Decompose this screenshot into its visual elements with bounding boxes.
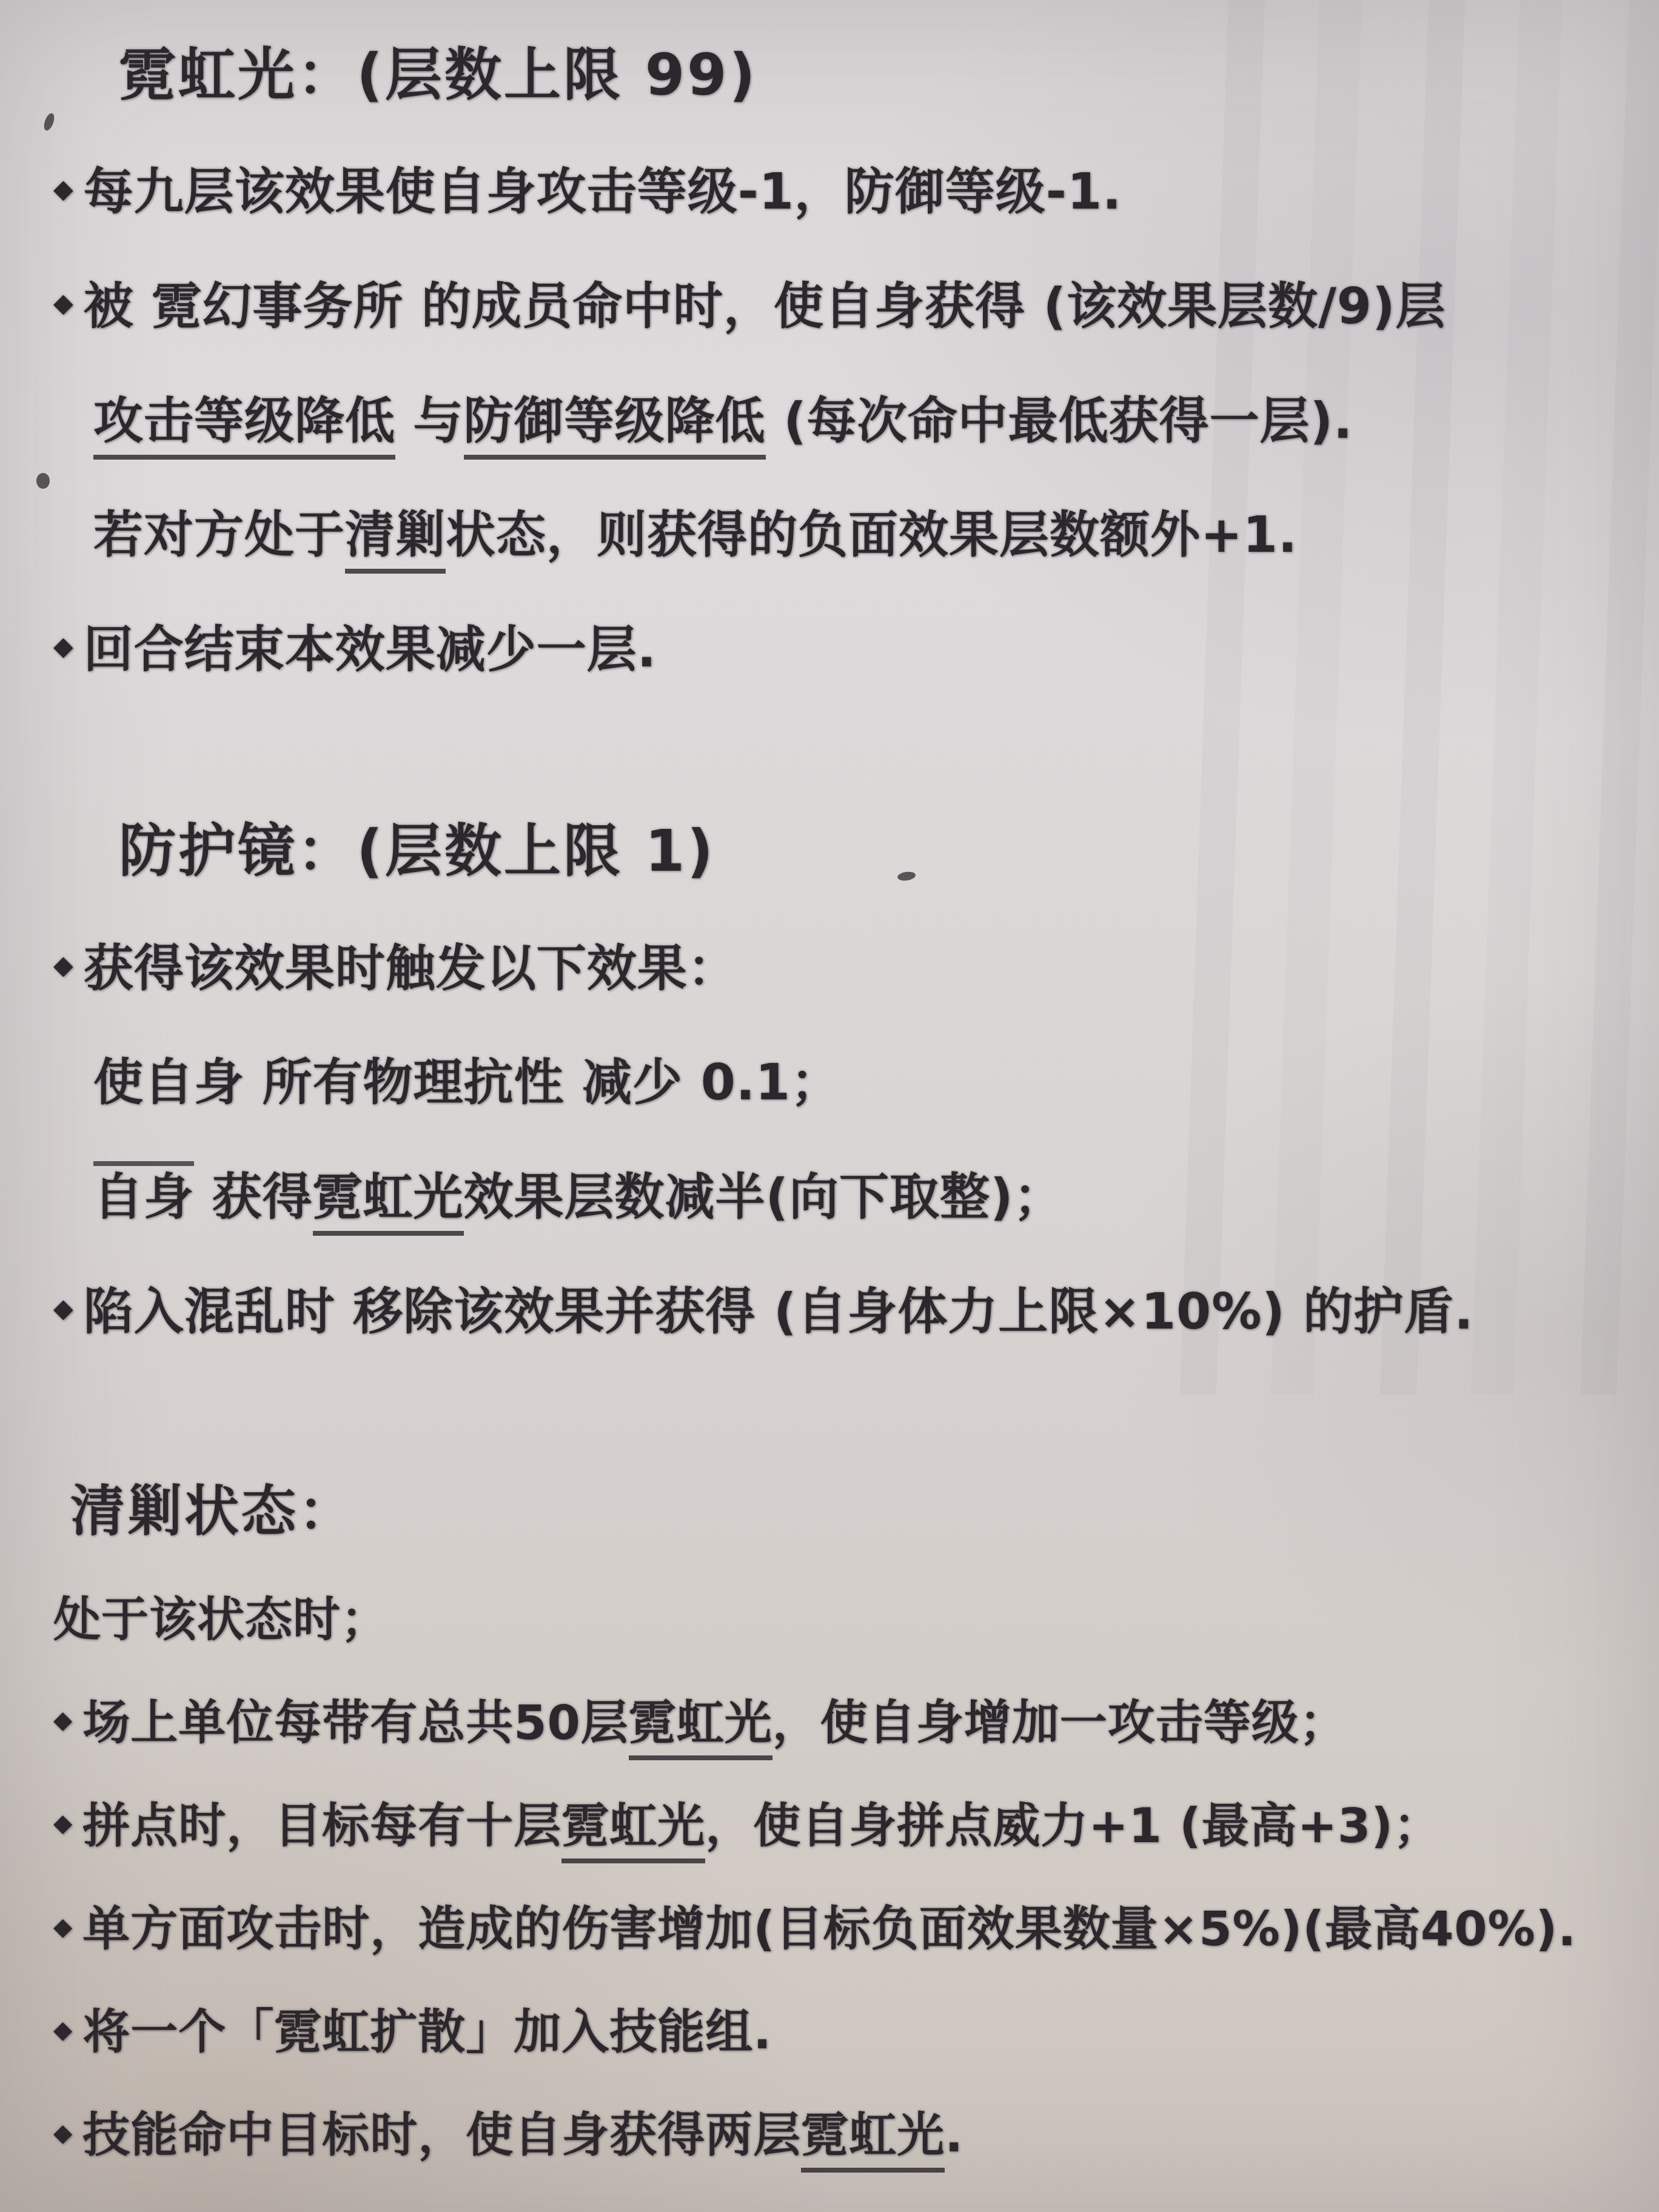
text-segment: 回合结束本效果减少一层. bbox=[84, 621, 657, 679]
text-line: ◆单方面攻击时，造成的伤害增加(目标负面效果数量×5%)(最高40%). bbox=[53, 1878, 1643, 1981]
text-line: 若对方处于清剿状态，则获得的负面效果层数额外+1. bbox=[53, 478, 1643, 593]
ink-speck bbox=[36, 473, 50, 489]
bullet-diamond-icon: ◆ bbox=[53, 1279, 74, 1338]
text-line: ◆回合结束本效果减少一层. bbox=[53, 593, 1643, 708]
text-segment: ，使自身拼点威力+1 (最高+3)； bbox=[705, 1799, 1441, 1854]
text-segment: 将一个「霓虹扩散」加入技能组. bbox=[82, 2005, 772, 2060]
text-line: 攻击等级降低 与防御等级降低 (每次命中最低获得一层). bbox=[53, 364, 1643, 479]
underlined-term: 霓虹光 bbox=[629, 1696, 773, 1760]
text-segment: . bbox=[945, 2108, 964, 2163]
section-heading: 清剿状态： bbox=[53, 1454, 1643, 1569]
bullet-diamond-icon: ◆ bbox=[53, 273, 74, 333]
underlined-term: 霓虹光 bbox=[313, 1168, 464, 1236]
text-line: ◆场上单位每带有总共50层霓虹光，使自身增加一攻击等级； bbox=[53, 1672, 1643, 1775]
bullet-diamond-icon: ◆ bbox=[53, 936, 74, 995]
bullet-diamond-icon: ◆ bbox=[53, 1796, 73, 1849]
text-line: ◆获得该效果时触发以下效果： bbox=[53, 912, 1643, 1027]
text-segment: 单方面攻击时，造成的伤害增加(目标负面效果数量×5%)(最高40%). bbox=[82, 1902, 1577, 1957]
section-heading: 霓虹光：(层数上限 99) bbox=[53, 16, 1643, 135]
bullet-diamond-icon: ◆ bbox=[53, 2003, 73, 2056]
bullet-diamond-icon: ◆ bbox=[53, 2106, 73, 2159]
section-heading: 防护镜：(层数上限 1) bbox=[53, 792, 1643, 911]
text-segment: 与 bbox=[395, 392, 464, 450]
underlined-term: 防御等级降低 bbox=[464, 392, 766, 460]
text-line: 自身 获得霓虹光效果层数减半(向下取整)； bbox=[53, 1141, 1643, 1255]
text-line: ◆拼点时，目标每有十层霓虹光，使自身拼点威力+1 (最高+3)； bbox=[53, 1775, 1643, 1878]
text-segment: 处于该状态时； bbox=[53, 1593, 389, 1647]
text-segment: 每九层该效果使自身攻击等级-1，防御等级-1. bbox=[84, 163, 1122, 221]
text-segment: 拼点时，目标每有十层 bbox=[82, 1799, 561, 1854]
text-line: ◆将一个「霓虹扩散」加入技能组. bbox=[53, 1981, 1643, 2084]
underlined-term: 攻击等级降低 bbox=[93, 392, 395, 460]
text-segment: 技能命中目标时，使自身获得两层 bbox=[82, 2108, 801, 2163]
text-segment: 状态，则获得的负面效果层数额外+1. bbox=[446, 506, 1298, 564]
bullet-diamond-icon: ◆ bbox=[53, 159, 74, 219]
text-line: 使自身 所有物理抗性 减少 0.1； bbox=[53, 1026, 1643, 1141]
text-segment: (每次命中最低获得一层). bbox=[766, 392, 1353, 450]
overlined-term: 自身 bbox=[93, 1161, 194, 1226]
text-segment: 场上单位每带有总共50层 bbox=[82, 1696, 629, 1751]
text-segment: 若对方处于 bbox=[93, 506, 345, 564]
text-segment: 获得该效果时触发以下效果： bbox=[84, 940, 738, 997]
underlined-term: 霓虹光 bbox=[561, 1799, 705, 1863]
bullet-diamond-icon: ◆ bbox=[53, 617, 74, 676]
rule-section-3: 清剿状态：处于该状态时；◆场上单位每带有总共50层霓虹光，使自身增加一攻击等级；… bbox=[53, 1454, 1643, 2187]
bullet-diamond-icon: ◆ bbox=[53, 1693, 73, 1746]
text-segment: 效果层数减半(向下取整)； bbox=[464, 1168, 1064, 1226]
rule-section-1: 霓虹光：(层数上限 99)◆每九层该效果使自身攻击等级-1，防御等级-1.◆被 … bbox=[53, 16, 1643, 707]
text-line: ◆技能命中目标时，使自身获得两层霓虹光. bbox=[53, 2084, 1643, 2187]
text-segment: 使自身 所有物理抗性 减少 0.1； bbox=[93, 1054, 841, 1111]
rule-section-2: 防护镜：(层数上限 1)◆获得该效果时触发以下效果：使自身 所有物理抗性 减少 … bbox=[53, 792, 1643, 1369]
text-segment: 陷入混乱时 移除该效果并获得 (自身体力上限×10%) 的护盾. bbox=[84, 1283, 1474, 1341]
text-line: ◆每九层该效果使自身攻击等级-1，防御等级-1. bbox=[53, 135, 1643, 250]
text-line: 处于该状态时； bbox=[53, 1569, 1643, 1672]
bullet-diamond-icon: ◆ bbox=[53, 1900, 73, 1953]
text-line: ◆陷入混乱时 移除该效果并获得 (自身体力上限×10%) 的护盾. bbox=[53, 1255, 1643, 1370]
handwritten-notes: 霓虹光：(层数上限 99)◆每九层该效果使自身攻击等级-1，防御等级-1.◆被 … bbox=[53, 16, 1643, 2187]
text-segment: 被 霓幻事务所 的成员命中时，使自身获得 (该效果层数/9)层 bbox=[84, 278, 1446, 335]
underlined-term: 霓虹光 bbox=[801, 2108, 945, 2173]
text-segment: ，使自身增加一攻击等级； bbox=[773, 1696, 1347, 1751]
text-line: ◆被 霓幻事务所 的成员命中时，使自身获得 (该效果层数/9)层 bbox=[53, 250, 1643, 364]
paper-page: 霓虹光：(层数上限 99)◆每九层该效果使自身攻击等级-1，防御等级-1.◆被 … bbox=[0, 0, 1659, 2212]
underlined-term: 清剿 bbox=[345, 506, 446, 574]
text-segment: 获得 bbox=[194, 1168, 313, 1226]
